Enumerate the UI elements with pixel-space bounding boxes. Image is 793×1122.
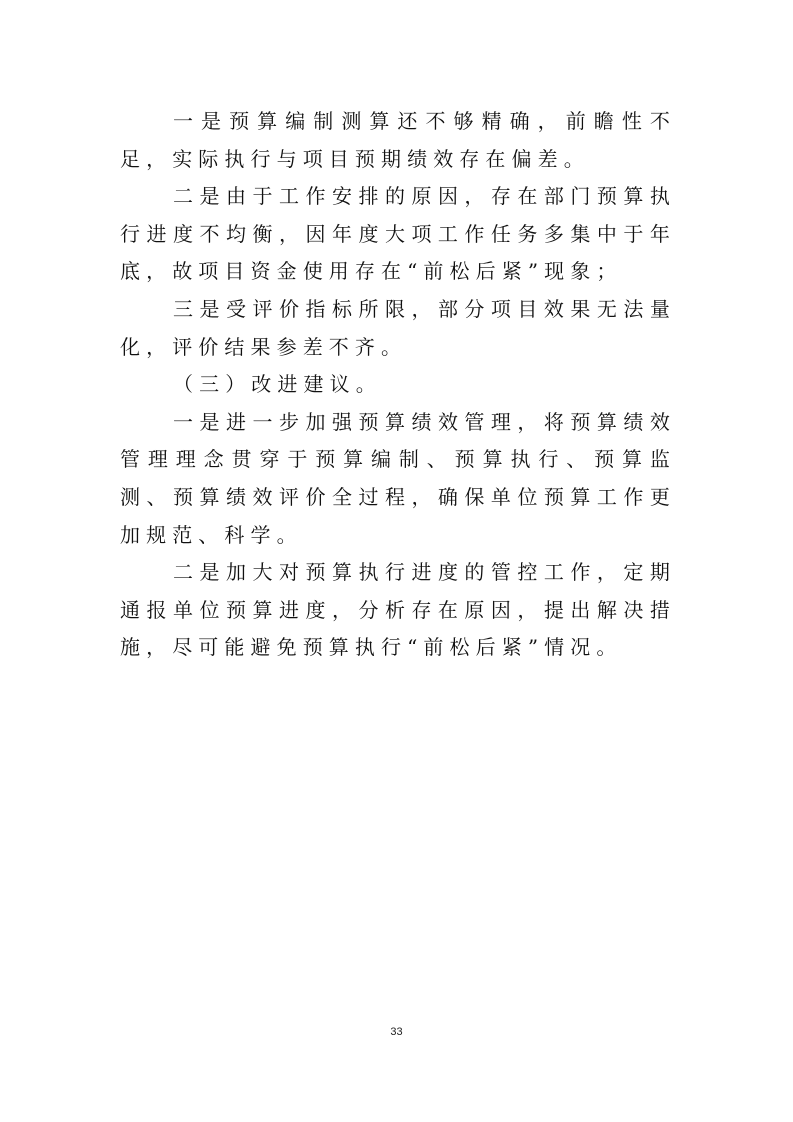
paragraph-suggestion-1: 一是进一步加强预算绩效管理，将预算绩效管理理念贯穿于预算编制、预算执行、预算监测… xyxy=(120,404,676,554)
paragraph-suggestion-2: 二是加大对预算执行进度的管控工作，定期通报单位预算进度，分析存在原因，提出解决措… xyxy=(120,554,676,667)
paragraph-problem-2: 二是由于工作安排的原因，存在部门预算执行进度不均衡，因年度大项工作任务多集中于年… xyxy=(120,178,676,291)
paragraph-problem-1: 一是预算编制测算还不够精确，前瞻性不足，实际执行与项目预期绩效存在偏差。 xyxy=(120,103,676,178)
paragraph-problem-3: 三是受评价指标所限，部分项目效果无法量化，评价结果参差不齐。 xyxy=(120,291,676,366)
section-heading-improvement: （三）改进建议。 xyxy=(120,366,676,404)
body-text: 一是预算编制测算还不够精确，前瞻性不足，实际执行与项目预期绩效存在偏差。 二是由… xyxy=(120,103,676,667)
document-page: 一是预算编制测算还不够精确，前瞻性不足，实际执行与项目预期绩效存在偏差。 二是由… xyxy=(0,0,793,1122)
page-number: 33 xyxy=(0,1026,793,1038)
